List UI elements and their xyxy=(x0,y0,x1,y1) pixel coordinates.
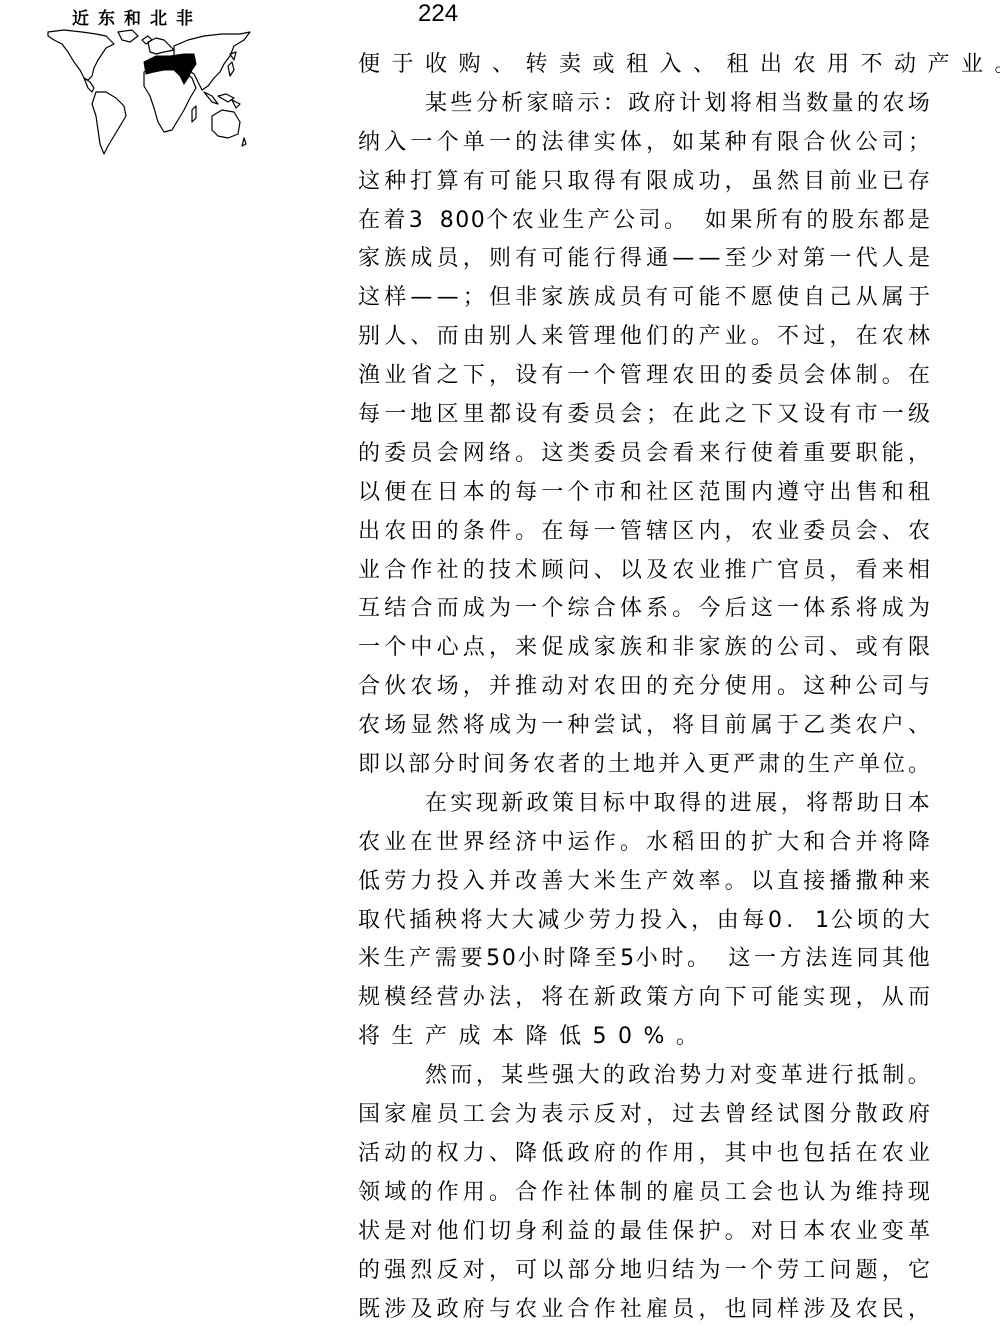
text-line: 这种打算有可能只取得有限成功，虽然目前业已存 xyxy=(358,163,930,202)
text-line: 纳入一个单一的法律实体，如某种有限合伙公司； xyxy=(358,124,930,163)
text-line: 领域的作用。合作社体制的雇员工会也认为维持现 xyxy=(358,1174,930,1213)
text-line: 状是对他们切身利益的最佳保护。对日本农业变革 xyxy=(358,1213,930,1252)
text-line: 取代插秧将大大减少劳力投入，由每0. 1公顷的大 xyxy=(358,902,930,941)
text-line: 互结合而成为一个综合体系。今后这一体系将成为 xyxy=(358,590,930,629)
text-line: 米生产需要50小时降至5小时。 这一方法连同其他 xyxy=(358,940,930,979)
text-line: 在实现新政策目标中取得的进展，将帮助日本 xyxy=(358,785,930,824)
text-line: 渔业省之下，设有一个管理农田的委员会体制。在 xyxy=(358,357,930,396)
text-line: 低劳力投入并改善大米生产效率。以直接播撒种来 xyxy=(358,863,930,902)
text-line: 的委员会网络。这类委员会看来行使着重要职能， xyxy=(358,435,930,474)
text-line: 某些分析家暗示：政府计划将相当数量的农场 xyxy=(358,85,930,124)
text-line: 出农田的条件。在每一管辖区内，农业委员会、农 xyxy=(358,513,930,552)
text-line: 国家雇员工会为表示反对，过去曾经试图分散政府 xyxy=(358,1096,930,1135)
text-line: 将生产成本降低50%。 xyxy=(358,1018,930,1057)
text-line: 每一地区里都设有委员会；在此之下又设有市一级 xyxy=(358,396,930,435)
world-map-icon xyxy=(44,26,256,158)
text-line: 这样——；但非家族成员有可能不愿使自己从属于 xyxy=(358,279,930,318)
text-line: 然而，某些强大的政治势力对变革进行抵制。 xyxy=(358,1057,930,1096)
text-line: 既涉及政府与农业合作社雇员，也同样涉及农民， xyxy=(358,1291,930,1330)
page-number: 224 xyxy=(418,0,458,28)
text-line: 业合作社的技术顾问、以及农业推广官员，看来相 xyxy=(358,552,930,591)
text-line: 即以部分时间务农者的土地并入更严肃的生产单位。 xyxy=(358,746,930,785)
text-line: 的强烈反对，可以部分地归结为一个劳工问题，它 xyxy=(358,1252,930,1291)
text-line: 家族成员，则有可能行得通——至少对第一代人是 xyxy=(358,240,930,279)
text-line: 便于收购、转卖或租入、租出农用不动产业。 xyxy=(358,46,930,85)
text-line: 在着3 800个农业生产公司。 如果所有的股东都是 xyxy=(358,202,930,241)
text-line: 农场显然将成为一种尝试，将目前属于乙类农户、 xyxy=(358,707,930,746)
text-line: 别人、而由别人来管理他们的产业。不过，在农林 xyxy=(358,318,930,357)
text-line: 合伙农场，并推动对农田的充分使用。这种公司与 xyxy=(358,668,930,707)
text-line: 活动的权力、降低政府的作用，其中也包括在农业 xyxy=(358,1135,930,1174)
text-line: 以便在日本的每一个市和社区范围内遵守出售和租 xyxy=(358,474,930,513)
body-text: 便于收购、转卖或租入、租出农用不动产业。某些分析家暗示：政府计划将相当数量的农场… xyxy=(358,46,930,1329)
text-line: 规模经营办法，将在新政策方向下可能实现，从而 xyxy=(358,979,930,1018)
text-line: 一个中心点，来促成家族和非家族的公司、或有限 xyxy=(358,629,930,668)
text-line: 农业在世界经济中运作。水稻田的扩大和合并将降 xyxy=(358,824,930,863)
